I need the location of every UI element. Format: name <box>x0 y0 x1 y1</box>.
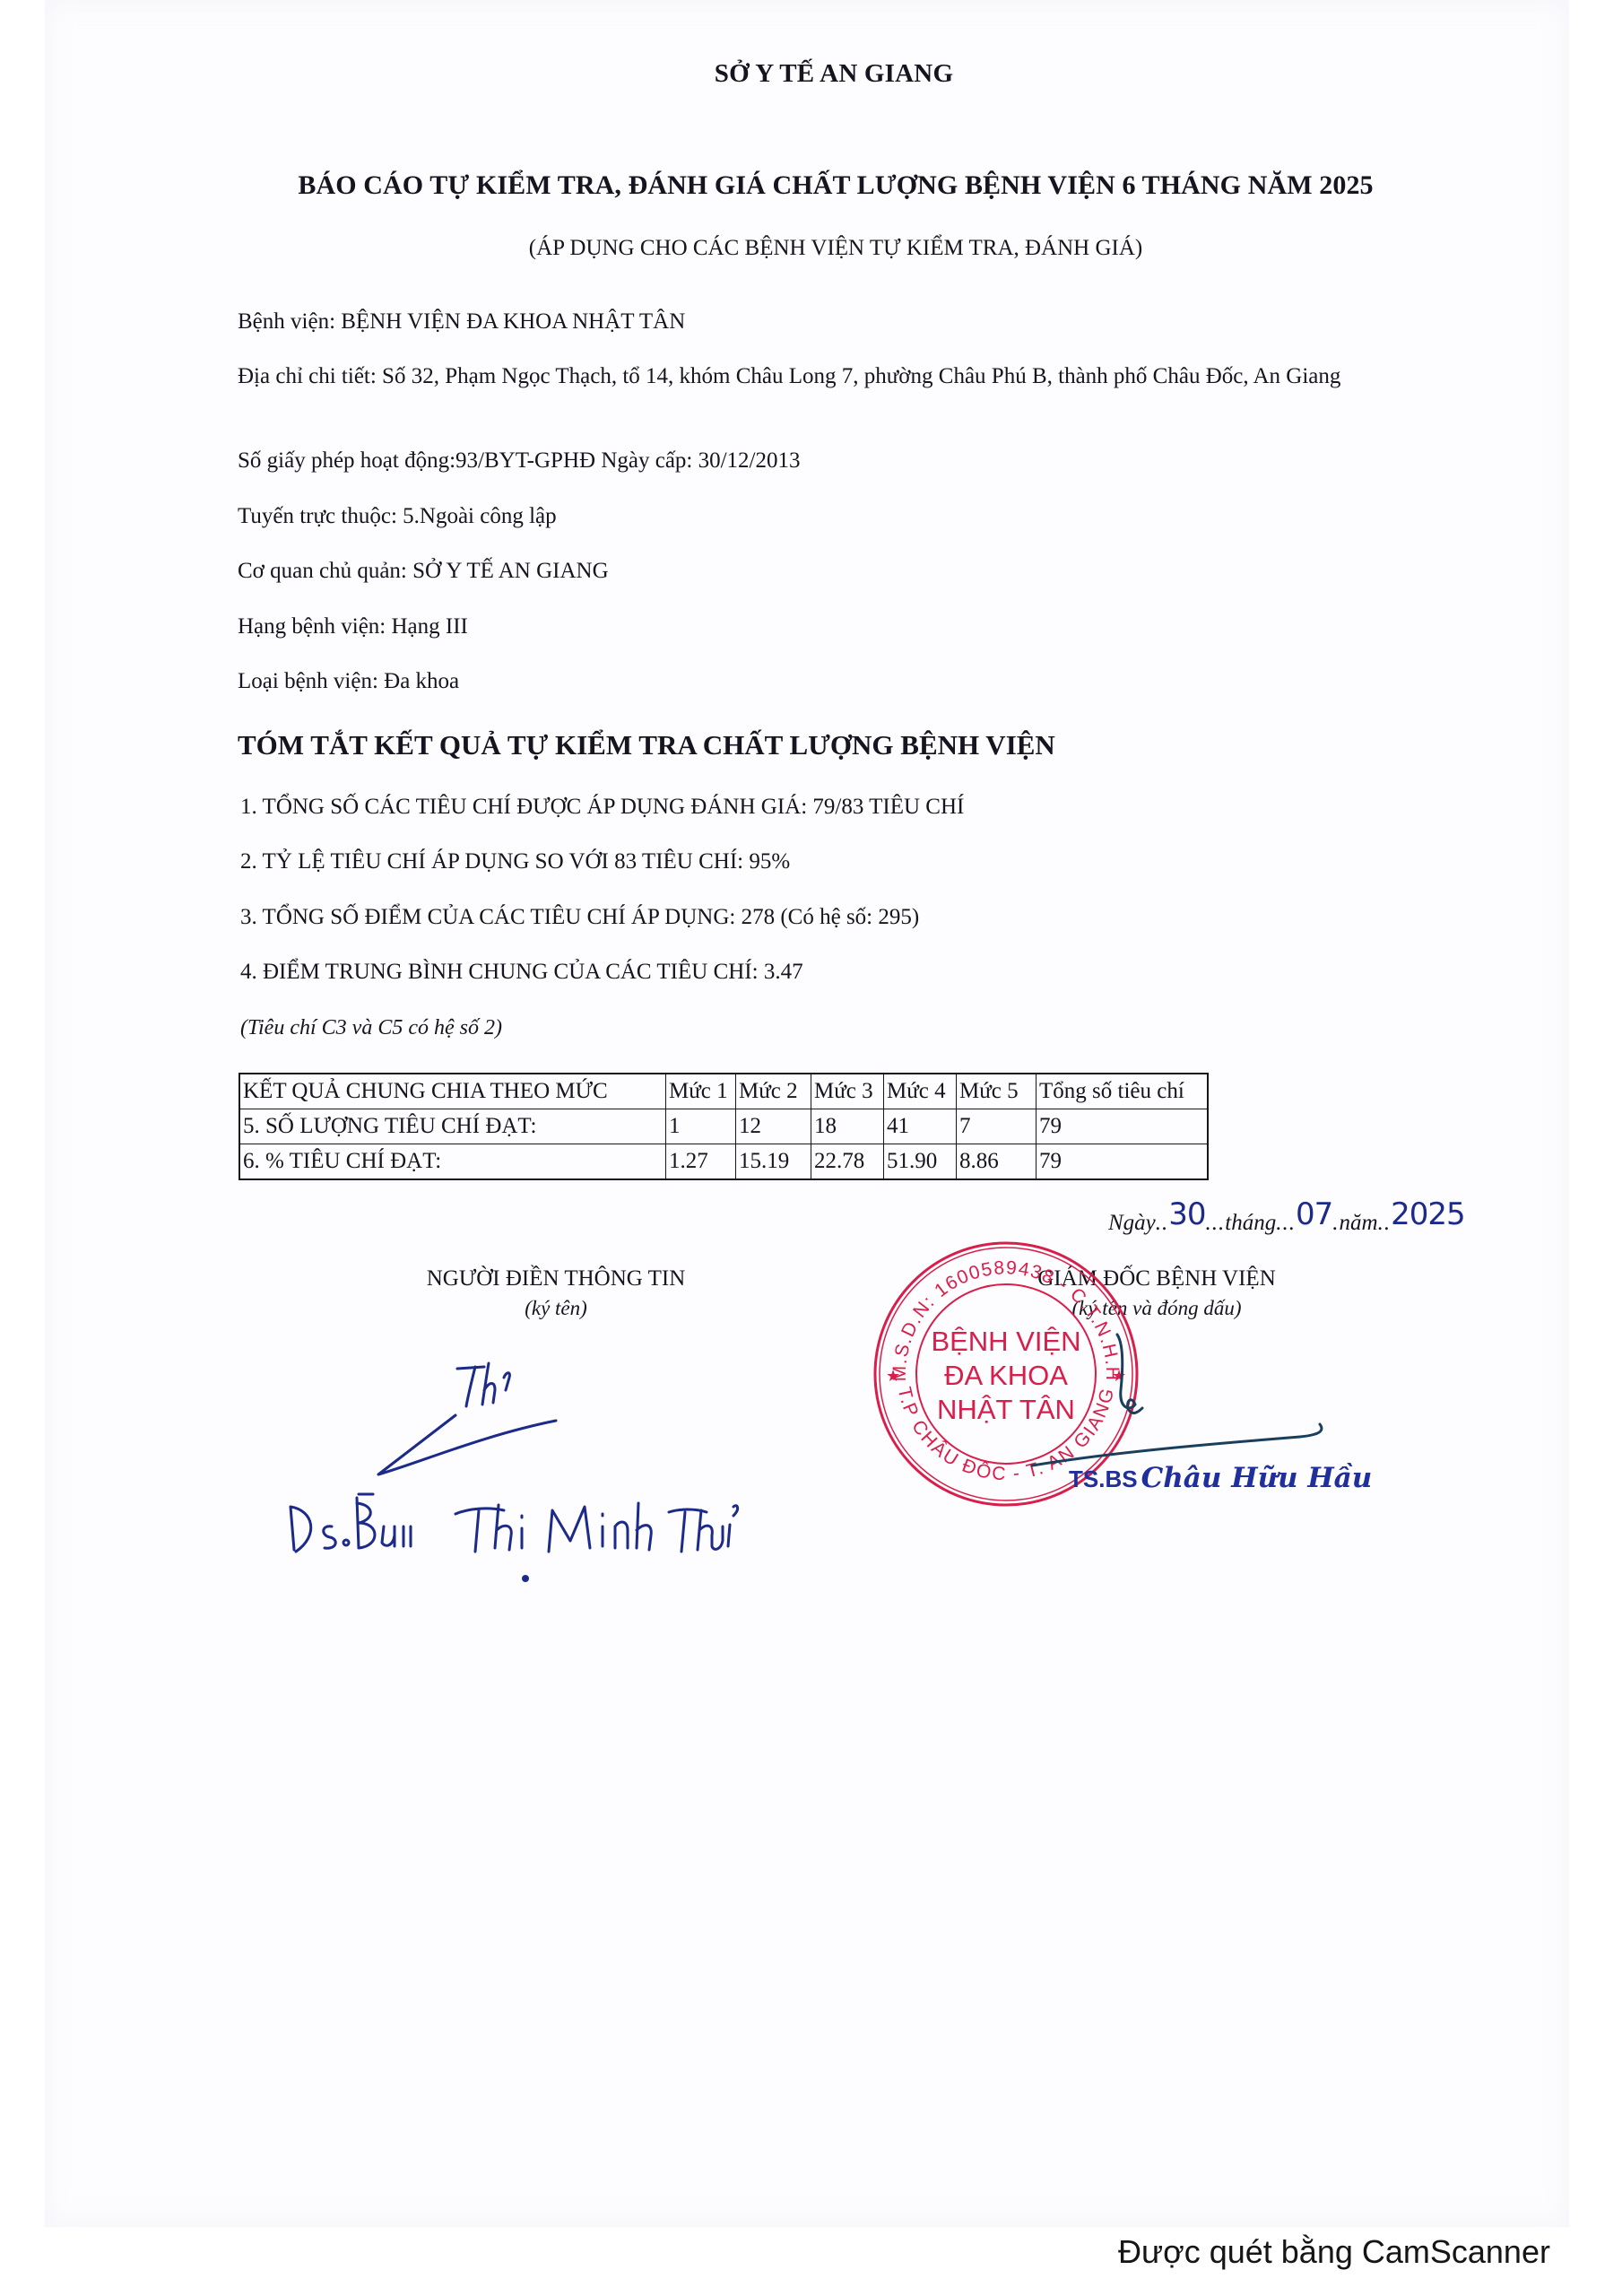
affiliation: Tuyến trực thuộc: 5.Ngoài công lập <box>238 504 557 529</box>
director-name-text: Châu Hữu Hầu <box>1141 1462 1373 1494</box>
hospital-address: Địa chỉ chi tiết: Số 32, Phạm Ngọc Thạch… <box>238 361 1430 391</box>
table-cell: 18 <box>811 1109 884 1144</box>
license-info: Số giấy phép hoạt động:93/BYT-GPHĐ Ngày … <box>238 448 801 474</box>
filler-title: NGƯỜI ĐIỀN THÔNG TIN <box>427 1266 686 1291</box>
date-month-value: 07 <box>1296 1196 1332 1232</box>
report-title: BÁO CÁO TỰ KIỂM TRA, ĐÁNH GIÁ CHẤT LƯỢNG… <box>298 170 1373 201</box>
governing-body: Cơ quan chủ quản: SỞ Y TẾ AN GIANG <box>238 559 609 584</box>
director-signature <box>1031 1318 1354 1480</box>
date-day-value: 30 <box>1168 1196 1205 1232</box>
table-header-cell: Mức 5 <box>957 1074 1037 1109</box>
table-cell: 1.27 <box>666 1144 736 1180</box>
table-row: 5. SỐ LƯỢNG TIÊU CHÍ ĐẠT: 1 12 18 41 7 7… <box>239 1109 1208 1144</box>
table-cell: 79 <box>1037 1109 1209 1144</box>
table-cell: 1 <box>666 1109 736 1144</box>
filler-signature <box>269 1327 771 1596</box>
table-header-cell: Mức 1 <box>666 1074 736 1109</box>
table-cell: 12 <box>736 1109 811 1144</box>
date-month-label: tháng <box>1225 1211 1276 1235</box>
report-subtitle: (ÁP DỤNG CHO CÁC BỆNH VIỆN TỰ KIỂM TRA, … <box>529 236 1142 261</box>
department-heading: SỞ Y TẾ AN GIANG <box>715 59 953 89</box>
date-year-label: năm <box>1340 1211 1378 1235</box>
filler-sign-note: (ký tên) <box>525 1297 587 1320</box>
camscanner-watermark: Được quét bằng CamScanner <box>1118 2233 1550 2271</box>
table-cell: 15.19 <box>736 1144 811 1180</box>
table-row: 6. % TIÊU CHÍ ĐẠT: 1.27 15.19 22.78 51.9… <box>239 1144 1208 1180</box>
summary-item: 1. TỔNG SỐ CÁC TIÊU CHÍ ĐƯỢC ÁP DỤNG ĐÁN… <box>240 795 964 820</box>
table-cell: 79 <box>1037 1144 1209 1180</box>
table-header-cell: Tổng số tiêu chí <box>1037 1074 1209 1109</box>
director-name: TS.BS Châu Hữu Hầu <box>1069 1462 1372 1494</box>
table-header-row: KẾT QUẢ CHUNG CHIA THEO MỨC Mức 1 Mức 2 … <box>239 1074 1208 1109</box>
coefficient-note: (Tiêu chí C3 và C5 có hệ số 2) <box>240 1016 502 1040</box>
table-cell: 51.90 <box>884 1144 957 1180</box>
date-year-value: 2025 <box>1391 1196 1465 1232</box>
date-line: Ngày..30...tháng...07.năm..2025 <box>1108 1202 1465 1238</box>
summary-item: 2. TỶ LỆ TIÊU CHÍ ÁP DỤNG SO VỚI 83 TIÊU… <box>240 849 790 874</box>
summary-item: 3. TỔNG SỐ ĐIỂM CỦA CÁC TIÊU CHÍ ÁP DỤNG… <box>240 905 919 930</box>
hospital-rank: Hạng bệnh viện: Hạng III <box>238 614 468 639</box>
table-cell: 22.78 <box>811 1144 884 1180</box>
table-header-cell: Mức 4 <box>884 1074 957 1109</box>
hospital-name: Bệnh viện: BỆNH VIỆN ĐA KHOA NHẬT TÂN <box>238 309 685 335</box>
table-cell: 8.86 <box>957 1144 1037 1180</box>
director-degree: TS.BS <box>1069 1465 1138 1492</box>
table-cell: 41 <box>884 1109 957 1144</box>
table-header-cell: KẾT QUẢ CHUNG CHIA THEO MỨC <box>239 1074 666 1109</box>
summary-heading: TÓM TẮT KẾT QUẢ TỰ KIỂM TRA CHẤT LƯỢNG B… <box>238 729 1055 761</box>
table-cell: 7 <box>957 1109 1037 1144</box>
table-header-cell: Mức 2 <box>736 1074 811 1109</box>
table-header-cell: Mức 3 <box>811 1074 884 1109</box>
table-cell: 6. % TIÊU CHÍ ĐẠT: <box>239 1144 666 1180</box>
date-day-label: Ngày <box>1108 1211 1156 1235</box>
summary-item: 4. ĐIỂM TRUNG BÌNH CHUNG CỦA CÁC TIÊU CH… <box>240 960 803 985</box>
table-cell: 5. SỐ LƯỢNG TIÊU CHÍ ĐẠT: <box>239 1109 666 1144</box>
results-table: KẾT QUẢ CHUNG CHIA THEO MỨC Mức 1 Mức 2 … <box>239 1073 1209 1180</box>
hospital-type: Loại bệnh viện: Đa khoa <box>238 669 459 694</box>
stamp-star-icon: ★ <box>886 1367 900 1385</box>
